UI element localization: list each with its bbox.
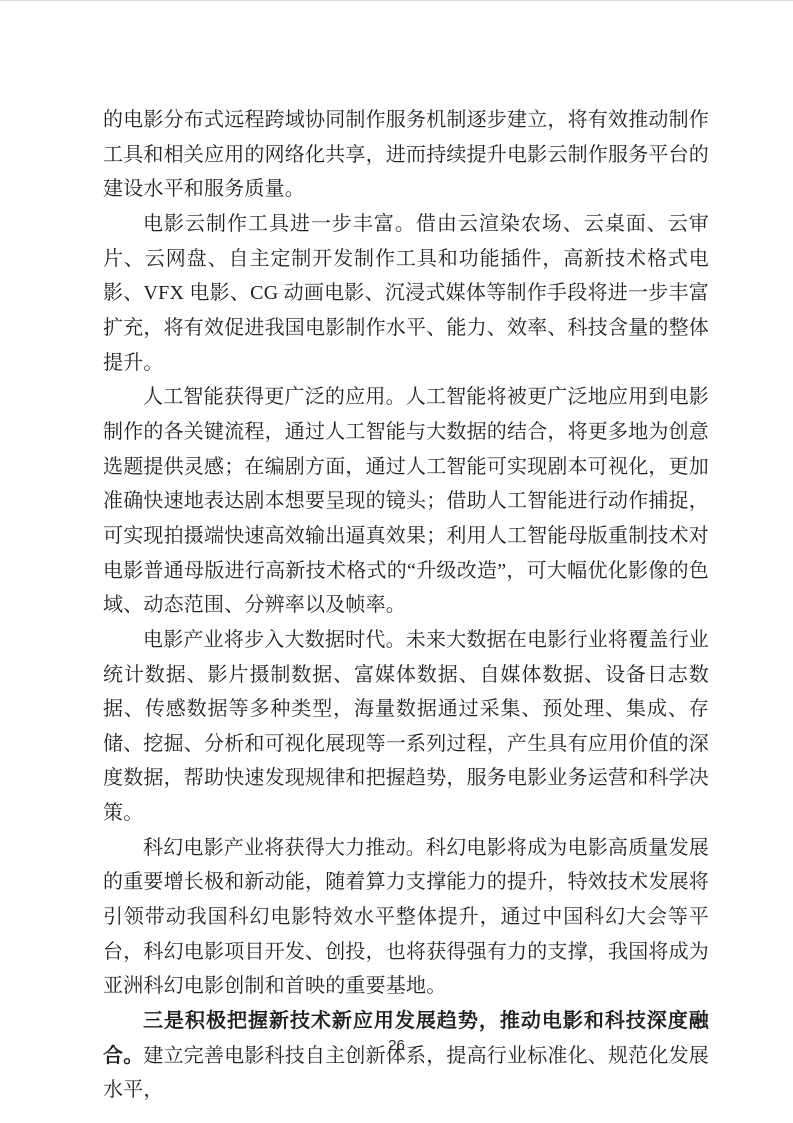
paragraph-cloud-production-tools: 电影云制作工具进一步丰富。借由云渲染农场、云桌面、云审片、云网盘、自主定制开发制… <box>103 207 709 380</box>
paragraph-closing: 三是积极把握新技术新应用发展趋势，推动电影和科技深度融合。建立完善电影科技自主创… <box>103 1004 709 1108</box>
document-page: 的电影分布式远程跨域协同制作服务机制逐步建立，将有效推动制作工具和相关应用的网络… <box>0 0 793 1123</box>
paragraph-artificial-intelligence: 人工智能获得更广泛的应用。人工智能将被更广泛地应用到电影制作的各关键流程，通过人… <box>103 380 709 623</box>
page-body-text: 的电影分布式远程跨域协同制作服务机制逐步建立，将有效推动制作工具和相关应用的网络… <box>103 103 709 1108</box>
paragraph-continuation: 的电影分布式远程跨域协同制作服务机制逐步建立，将有效推动制作工具和相关应用的网络… <box>103 103 709 207</box>
paragraph-sci-fi-film: 科幻电影产业将获得大力推动。科幻电影将成为电影高质量发展的重要增长极和新动能，随… <box>103 831 709 1004</box>
page-number: 26 <box>388 1037 405 1054</box>
paragraph-big-data: 电影产业将步入大数据时代。未来大数据在电影行业将覆盖行业统计数据、影片摄制数据、… <box>103 623 709 831</box>
page-footer: 26 <box>0 1037 793 1055</box>
